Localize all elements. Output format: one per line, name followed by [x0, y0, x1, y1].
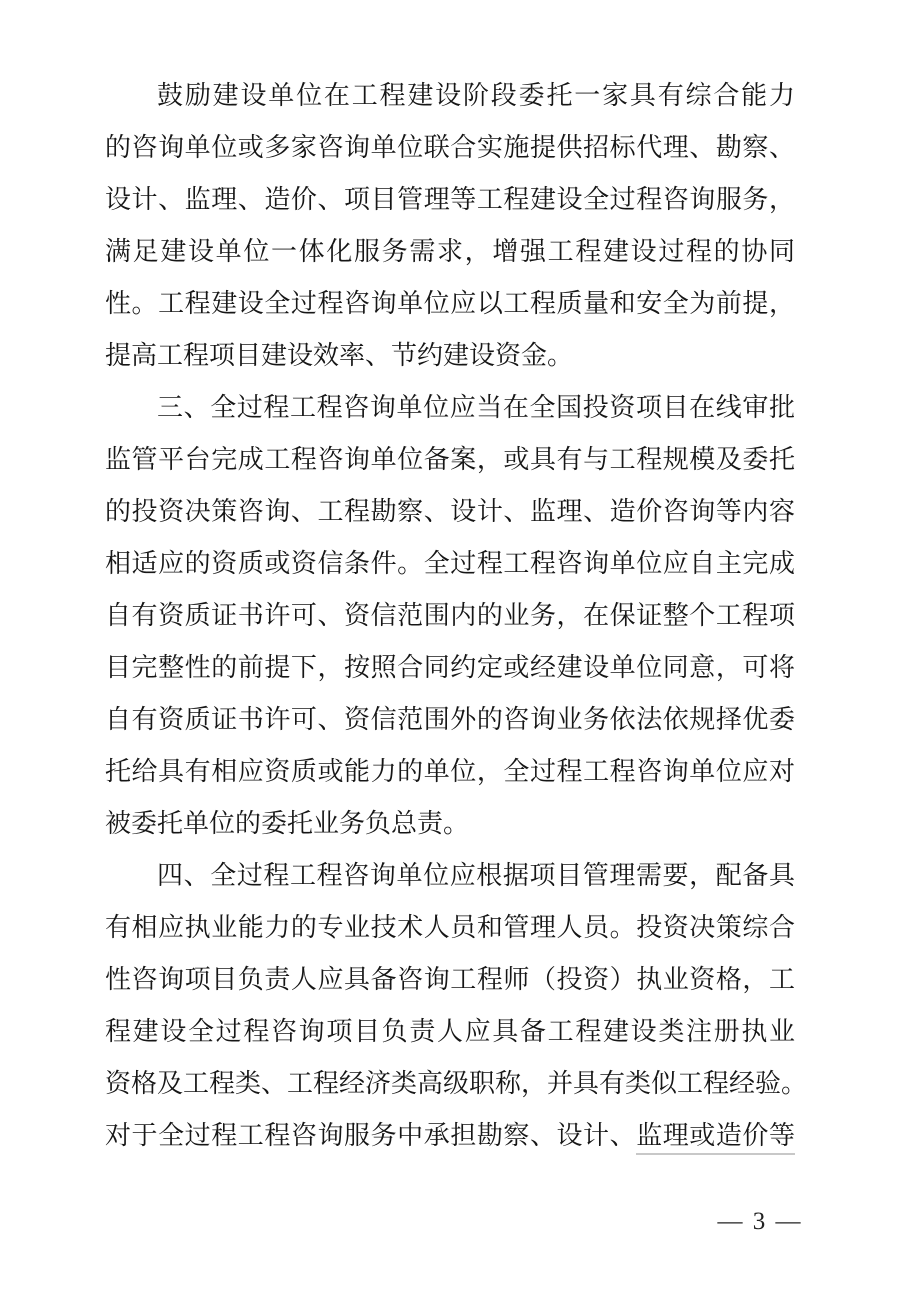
text-line: 自有资质证书许可、资信范围内的业务，在保证整个工程项	[105, 590, 795, 642]
text-line: 对于全过程工程咨询服务中承担勘察、设计、监理或造价等	[105, 1110, 795, 1162]
document-text-block: 鼓励建设单位在工程建设阶段委托一家具有综合能力 的咨询单位或多家咨询单位联合实施…	[105, 70, 795, 1162]
text-line: 性咨询项目负责人应具备咨询工程师（投资）执业资格，工	[105, 954, 795, 1006]
text-line: 资格及工程类、工程经济类高级职称，并具有类似工程经验。	[105, 1058, 795, 1110]
page-number: — 3 —	[705, 1208, 815, 1236]
text-segment: 对于全过程工程咨询服务中承担勘察、设计、	[105, 1121, 636, 1150]
text-line: 相适应的资质或资信条件。全过程工程咨询单位应自主完成	[105, 538, 795, 590]
underlined-text-segment: 监理或造价等	[636, 1121, 795, 1155]
text-line: 监管平台完成工程咨询单位备案，或具有与工程规模及委托	[105, 434, 795, 486]
text-line: 目完整性的前提下，按照合同约定或经建设单位同意，可将	[105, 642, 795, 694]
text-line: 的投资决策咨询、工程勘察、设计、监理、造价咨询等内容	[105, 486, 795, 538]
text-line: 程建设全过程咨询项目负责人应具备工程建设类注册执业	[105, 1006, 795, 1058]
document-page: 鼓励建设单位在工程建设阶段委托一家具有综合能力 的咨询单位或多家咨询单位联合实施…	[0, 0, 900, 1305]
text-line-paragraph-end: 提高工程项目建设效率、节约建设资金。	[105, 330, 795, 382]
text-line: 鼓励建设单位在工程建设阶段委托一家具有综合能力	[105, 70, 795, 122]
text-line: 满足建设单位一体化服务需求，增强工程建设过程的协同	[105, 226, 795, 278]
text-line: 有相应执业能力的专业技术人员和管理人员。投资决策综合	[105, 902, 795, 954]
text-line: 设计、监理、造价、项目管理等工程建设全过程咨询服务，	[105, 174, 795, 226]
text-line: 的咨询单位或多家咨询单位联合实施提供招标代理、勘察、	[105, 122, 795, 174]
text-line: 托给具有相应资质或能力的单位，全过程工程咨询单位应对	[105, 746, 795, 798]
text-line-paragraph-end: 被委托单位的委托业务负总责。	[105, 798, 795, 850]
text-line: 自有资质证书许可、资信范围外的咨询业务依法依规择优委	[105, 694, 795, 746]
text-line: 性。工程建设全过程咨询单位应以工程质量和安全为前提，	[105, 278, 795, 330]
text-line-section-three: 三、全过程工程咨询单位应当在全国投资项目在线审批	[105, 382, 795, 434]
text-line-section-four: 四、全过程工程咨询单位应根据项目管理需要，配备具	[105, 850, 795, 902]
